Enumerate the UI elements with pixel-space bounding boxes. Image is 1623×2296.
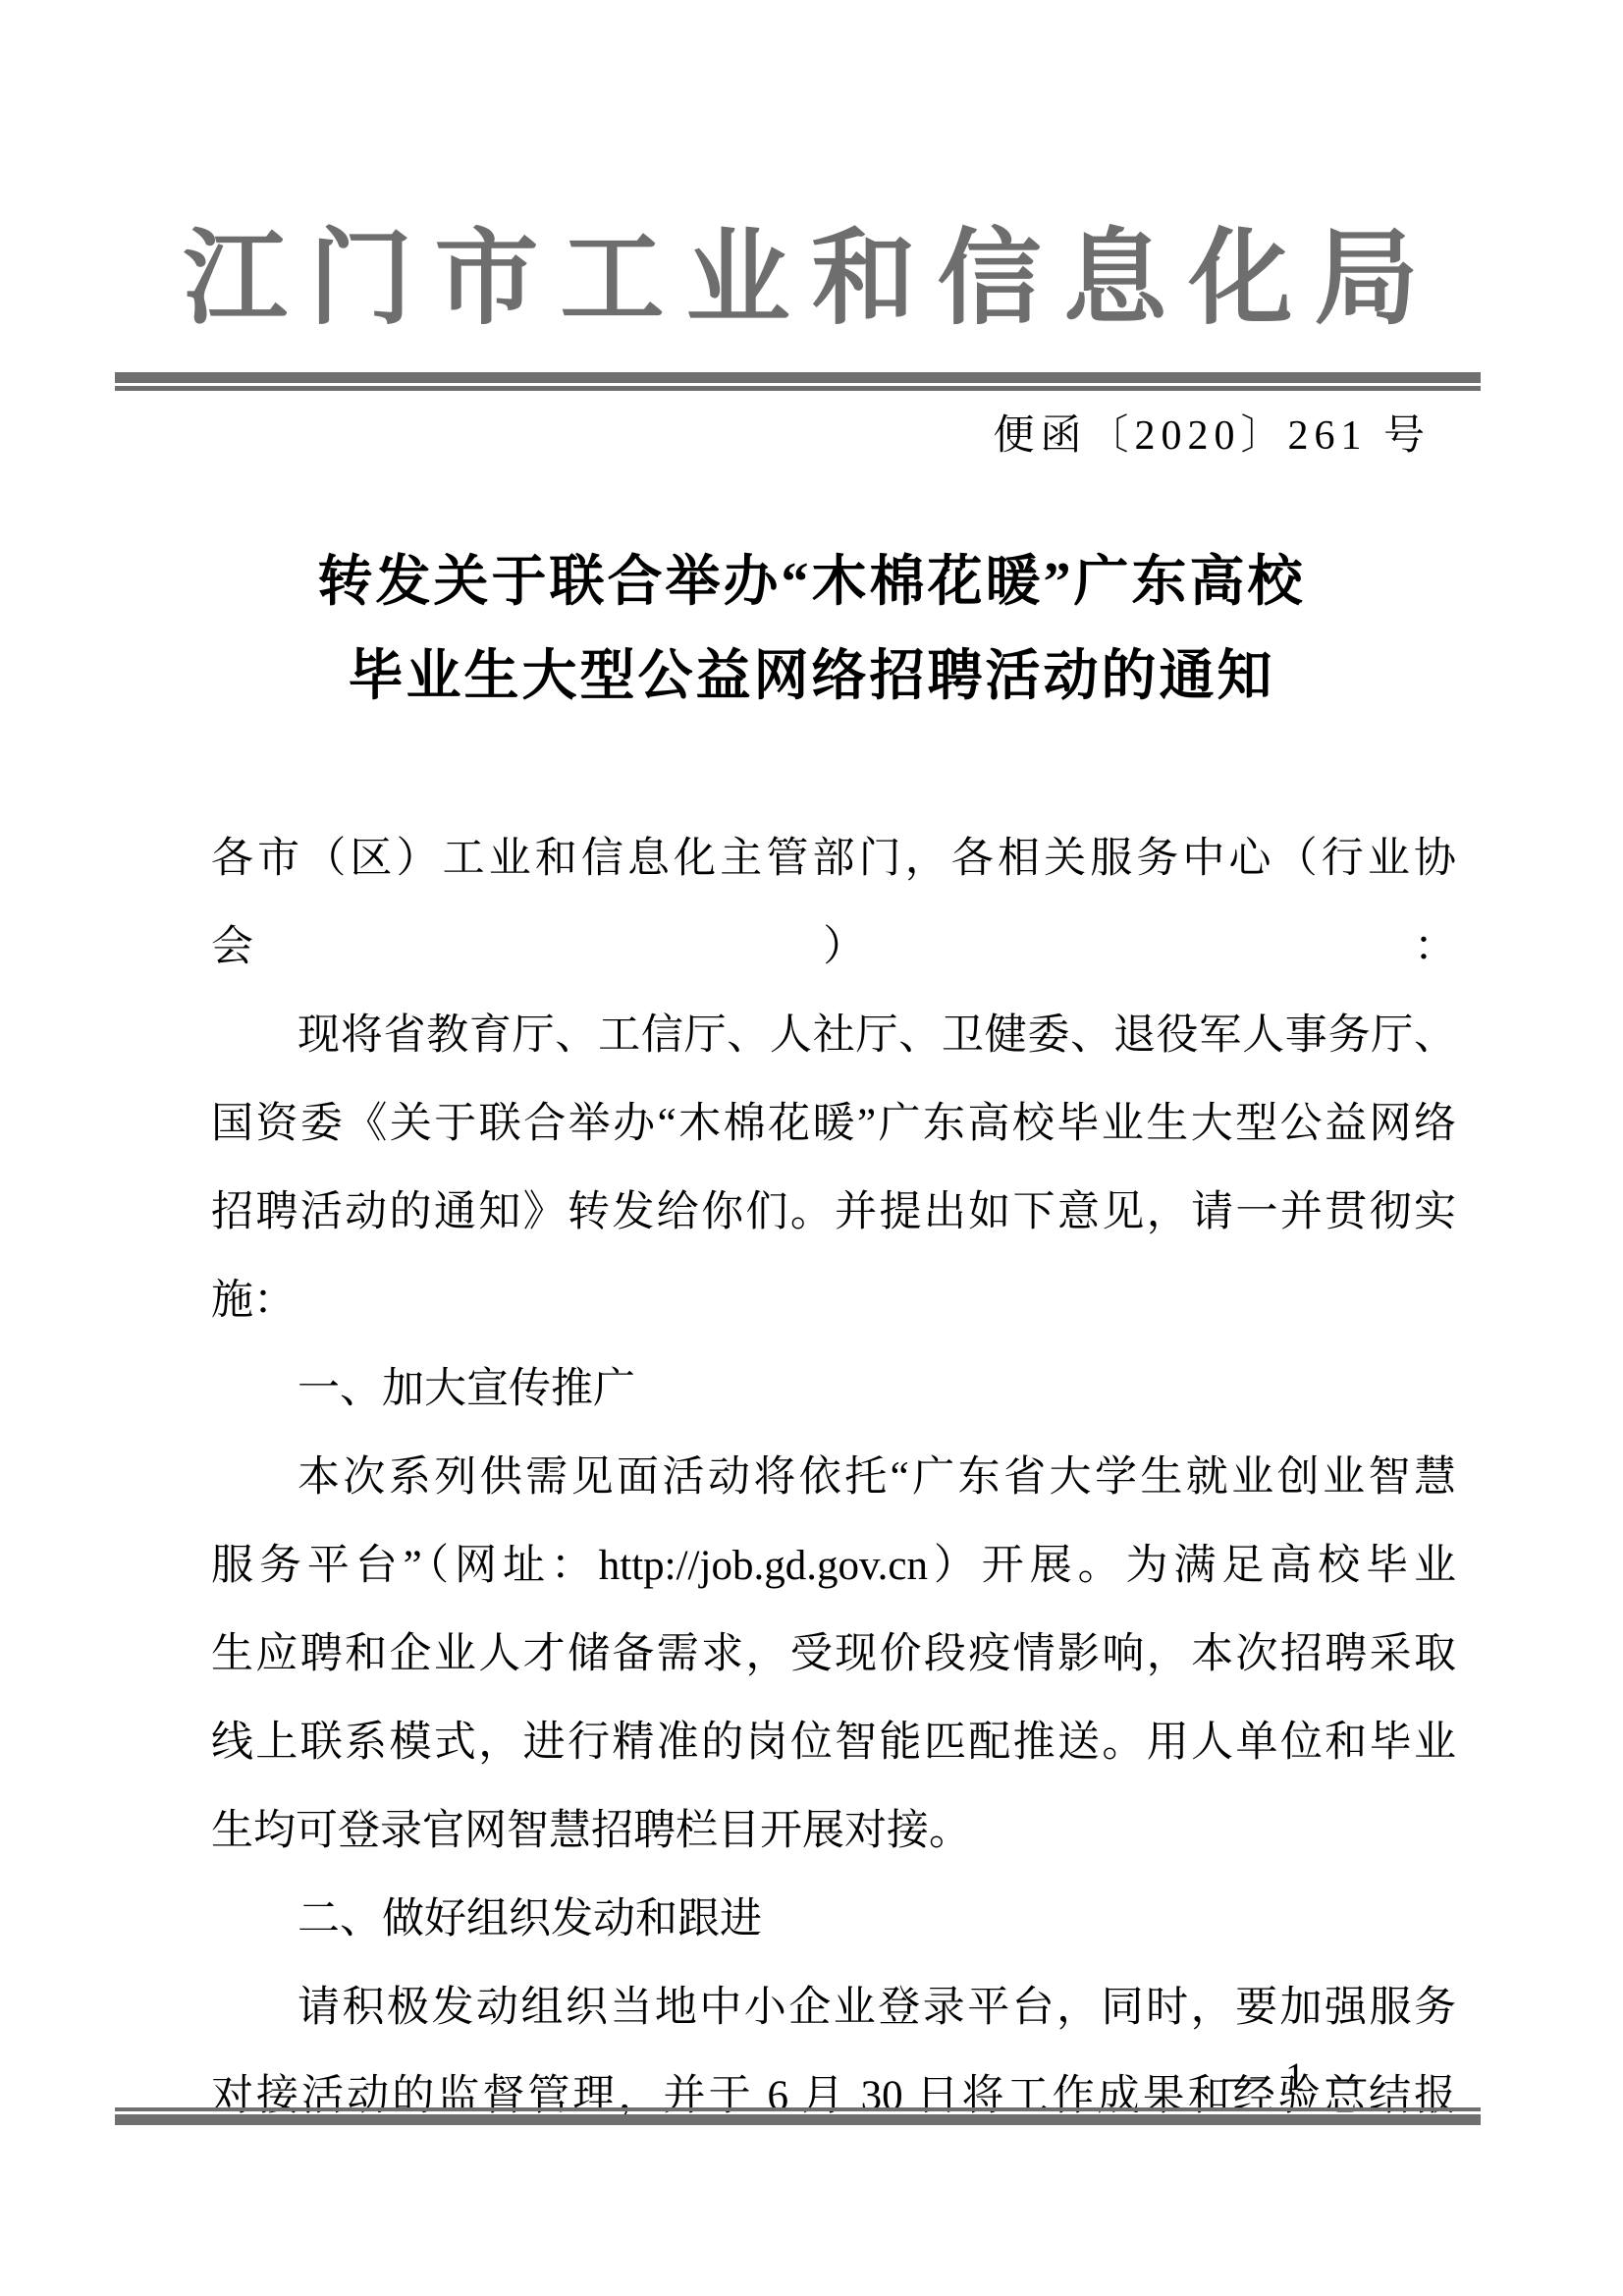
- body-line: 各市（区）工业和信息化主管部门，各相关服务中心（行业协会）：: [211, 815, 1456, 992]
- body-line: 请积极发动组织当地中小企业登录平台，同时，要加强服务: [211, 1964, 1456, 2052]
- body-line: 线上联系模式，进行精准的岗位智能匹配推送。用人单位和毕业: [211, 1699, 1456, 1787]
- page-number: — 1 —: [1224, 2052, 1372, 2102]
- masthead-rule-thin: [115, 386, 1481, 391]
- body-line: 国资委《关于联合举办“木棉花暖”广东高校毕业生大型公益网络: [211, 1080, 1456, 1169]
- agency-masthead-title: 江门市工业和信息化局: [0, 208, 1623, 352]
- footer-rule-thin: [115, 2107, 1481, 2111]
- body-line: 一、加大宣传推广: [211, 1345, 1456, 1434]
- body-line: 现将省教育厅、工信厅、人社厅、卫健委、退役军人事务厅、: [211, 992, 1456, 1080]
- body-line: 招聘活动的通知》转发给你们。并提出如下意见，请一并贯彻实: [211, 1169, 1456, 1257]
- footer-rule-thick: [115, 2114, 1481, 2125]
- document-title-line-1: 转发关于联合举办“木棉花暖”广东高校: [0, 535, 1623, 629]
- body-line: 服务平台”（网址：http://job.gd.gov.cn）开展。为满足高校毕业: [211, 1522, 1456, 1611]
- body-line: 二、做好组织发动和跟进: [211, 1876, 1456, 1964]
- document-reference-number: 便函〔2020〕261 号: [993, 410, 1431, 462]
- document-title-line-2: 毕业生大型公益网络招聘活动的通知: [0, 629, 1623, 724]
- document-title: 转发关于联合举办“木棉花暖”广东高校 毕业生大型公益网络招聘活动的通知: [0, 535, 1623, 724]
- body-line: 本次系列供需见面活动将依托“广东省大学生就业创业智慧: [211, 1434, 1456, 1522]
- document-body: 各市（区）工业和信息化主管部门，各相关服务中心（行业协会）：现将省教育厅、工信厅…: [211, 815, 1456, 2141]
- masthead-rule-thick: [115, 372, 1481, 383]
- document-page: 江门市工业和信息化局 便函〔2020〕261 号 转发关于联合举办“木棉花暖”广…: [0, 0, 1623, 2296]
- body-line: 施：: [211, 1257, 1456, 1345]
- body-line: 生均可登录官网智慧招聘栏目开展对接。: [211, 1787, 1456, 1876]
- body-line: 生应聘和企业人才储备需求，受现价段疫情影响，本次招聘采取: [211, 1611, 1456, 1699]
